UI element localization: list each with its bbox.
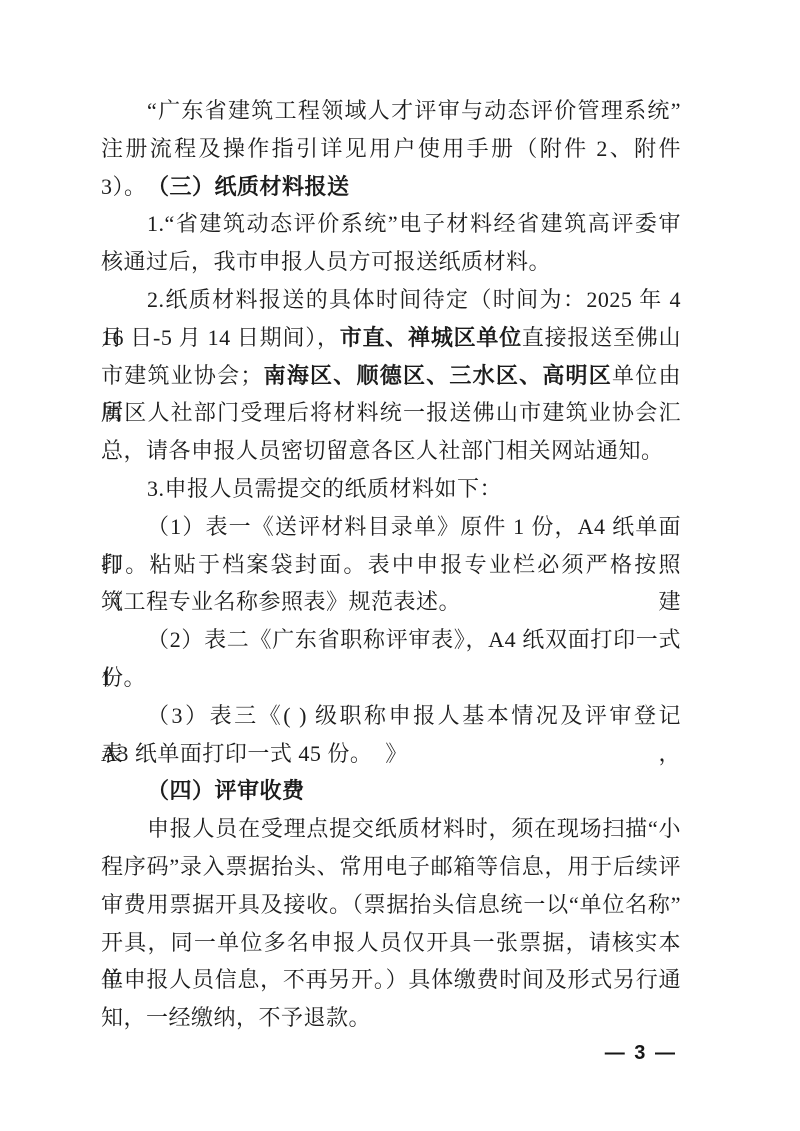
document-line: 2.纸质材料报送的具体时间待定（时间为：2025 年 4 月 <box>101 281 681 319</box>
document-body: “广东省建筑工程领域人才评审与动态评价管理系统”注册流程及操作指引详见用户使用手… <box>101 92 681 1037</box>
document-line: 知，一经缴纳，不予退款。 <box>101 999 681 1037</box>
document-line: 核通过后，我市申报人员方可报送纸质材料。 <box>101 243 681 281</box>
body-text: 位申报人员信息，不再另开。）具体缴费时间及形式另行通 <box>101 967 681 992</box>
document-page: “广东省建筑工程领域人才评审与动态评价管理系统”注册流程及操作指引详见用户使用手… <box>0 0 800 1131</box>
document-line: “广东省建筑工程领域人才评审与动态评价管理系统” <box>101 92 681 130</box>
body-text: 总，请各申报人员密切留意各区人社部门相关网站通知。 <box>101 438 664 463</box>
document-line: （3）表三《( ) 级职称申报人基本情况及评审登记表》， <box>101 697 681 735</box>
document-line: 注册流程及操作指引详见用户使用手册（附件 2、附件 3）。 <box>101 130 681 168</box>
body-text: 程序码”录入票据抬头、常用电子邮箱等信息，用于后续评 <box>101 854 681 879</box>
document-line: 总，请各申报人员密切留意各区人社部门相关网站通知。 <box>101 432 681 470</box>
body-text: 审费用票据开具及接收。（票据抬头信息统一以“单位名称” <box>101 892 681 917</box>
document-line: 1.“省建筑动态评价系统”电子材料经省建筑高评委审 <box>101 205 681 243</box>
document-line: 审费用票据开具及接收。（票据抬头信息统一以“单位名称” <box>101 886 681 924</box>
body-text: （三）纸质材料报送 <box>147 174 350 199</box>
body-text: 申报人员在受理点提交纸质材料时，须在现场扫描“小 <box>147 816 681 841</box>
body-text: A3 纸单面打印一式 45 份。 <box>101 741 372 766</box>
emphasized-text: 南海区、顺德区、三水区、高明区 <box>263 363 612 388</box>
document-line: 份。 <box>101 659 681 697</box>
body-text: 筑工程专业名称参照表》规范表述。 <box>101 589 461 614</box>
body-text: 属区人社部门受理后将材料统一报送佛山市建筑业协会汇 <box>101 400 681 425</box>
body-text: “广东省建筑工程领域人才评审与动态评价管理系统” <box>147 98 681 123</box>
body-text: 核通过后，我市申报人员方可报送纸质材料。 <box>101 249 551 274</box>
document-line: 申报人员在受理点提交纸质材料时，须在现场扫描“小 <box>101 810 681 848</box>
document-line: 印。粘贴于档案袋封面。表中申报专业栏必须严格按照《建 <box>101 546 681 584</box>
document-line: 3.申报人员需提交的纸质材料如下： <box>101 470 681 508</box>
document-line: 开具，同一单位多名申报人员仅开具一张票据，请核实本单 <box>101 924 681 962</box>
emphasized-text: 市直、禅城区单位 <box>340 325 522 350</box>
document-line: 16 日-5 月 14 日期间），市直、禅城区单位直接报送至佛山 <box>101 319 681 357</box>
body-text: 份。 <box>101 665 146 690</box>
body-text: 市建筑业协会； <box>101 363 263 388</box>
body-text: 知，一经缴纳，不予退款。 <box>101 1005 371 1030</box>
document-line: 程序码”录入票据抬头、常用电子邮箱等信息，用于后续评 <box>101 848 681 886</box>
body-text: 1.“省建筑动态评价系统”电子材料经省建筑高评委审 <box>147 211 681 236</box>
document-line: 属区人社部门受理后将材料统一报送佛山市建筑业协会汇 <box>101 394 681 432</box>
body-text: 16 日-5 月 14 日期间）， <box>101 325 340 350</box>
document-line: 位申报人员信息，不再另开。）具体缴费时间及形式另行通 <box>101 961 681 999</box>
document-line: 市建筑业协会；南海区、顺德区、三水区、高明区单位由所 <box>101 357 681 395</box>
body-text: 直接报送至佛山 <box>522 325 681 350</box>
section-heading: （三）纸质材料报送 <box>101 168 681 206</box>
body-text: 3.申报人员需提交的纸质材料如下： <box>147 476 502 501</box>
page-number: — 3 — <box>0 1042 677 1065</box>
document-line: （2）表二《广东省职称评审表》，A4 纸双面打印一式 1 <box>101 621 681 659</box>
section-heading: （四）评审收费 <box>101 772 681 810</box>
body-text: （四）评审收费 <box>147 778 305 803</box>
document-line: （1）表一《送评材料目录单》原件 1 份，A4 纸单面打 <box>101 508 681 546</box>
